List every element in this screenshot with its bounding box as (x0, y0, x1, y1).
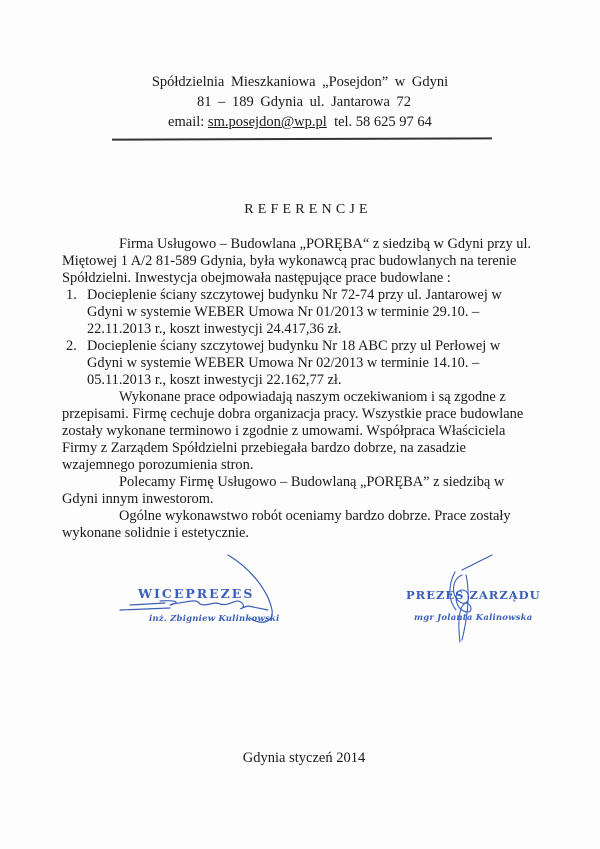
list-item-text: Docieplenie ściany szczytowej budynku Nr… (87, 287, 527, 338)
header-divider (112, 137, 492, 140)
org-name: Spółdzielnia Mieszkaniowa „Posejdon” w G… (0, 72, 600, 92)
list-number: 2. (66, 338, 77, 355)
stamp-president-name: mgr Jolanta Kalinowska (414, 613, 532, 623)
works-list: 1. Docieplenie ściany szczytowej budynku… (62, 287, 542, 389)
intro-paragraph: Firma Usługowo – Budowlana „PORĘBA“ z si… (62, 236, 542, 287)
org-contact: email: sm.posejdon@wp.pl tel. 58 625 97 … (0, 112, 600, 132)
list-item: 1. Docieplenie ściany szczytowej budynku… (62, 287, 542, 338)
phone-number: tel. 58 625 97 64 (327, 114, 432, 130)
document-title: REFERENCJE (0, 202, 600, 218)
overall-paragraph: Ogólne wykonawstwo robót oceniamy bardzo… (62, 508, 542, 542)
place-and-date: Gdynia styczeń 2014 (0, 750, 600, 767)
list-item: 2. Docieplenie ściany szczytowej budynku… (62, 338, 542, 389)
email-label: email: (168, 114, 208, 130)
list-item-text: Docieplenie ściany szczytowej budynku Nr… (87, 338, 527, 389)
list-number: 1. (66, 287, 77, 304)
stamp-vice-president-title: WICEPREZES (138, 586, 254, 601)
stamp-vice-president-name: inż. Zbigniew Kulinkowski (149, 614, 279, 624)
email-link[interactable]: sm.posejdon@wp.pl (208, 114, 327, 130)
letter-body: Firma Usługowo – Budowlana „PORĘBA“ z si… (62, 236, 542, 542)
stamp-president-title: PREZES ZARZĄDU (406, 588, 541, 602)
document-page: Spółdzielnia Mieszkaniowa „Posejdon” w G… (0, 0, 600, 849)
recommendation-paragraph: Polecamy Firmę Usługowo – Budowlaną „POR… (62, 474, 542, 508)
org-address: 81 – 189 Gdynia ul. Jantarowa 72 (0, 92, 600, 112)
evaluation-paragraph: Wykonane prace odpowiadają naszym oczeki… (62, 389, 542, 474)
